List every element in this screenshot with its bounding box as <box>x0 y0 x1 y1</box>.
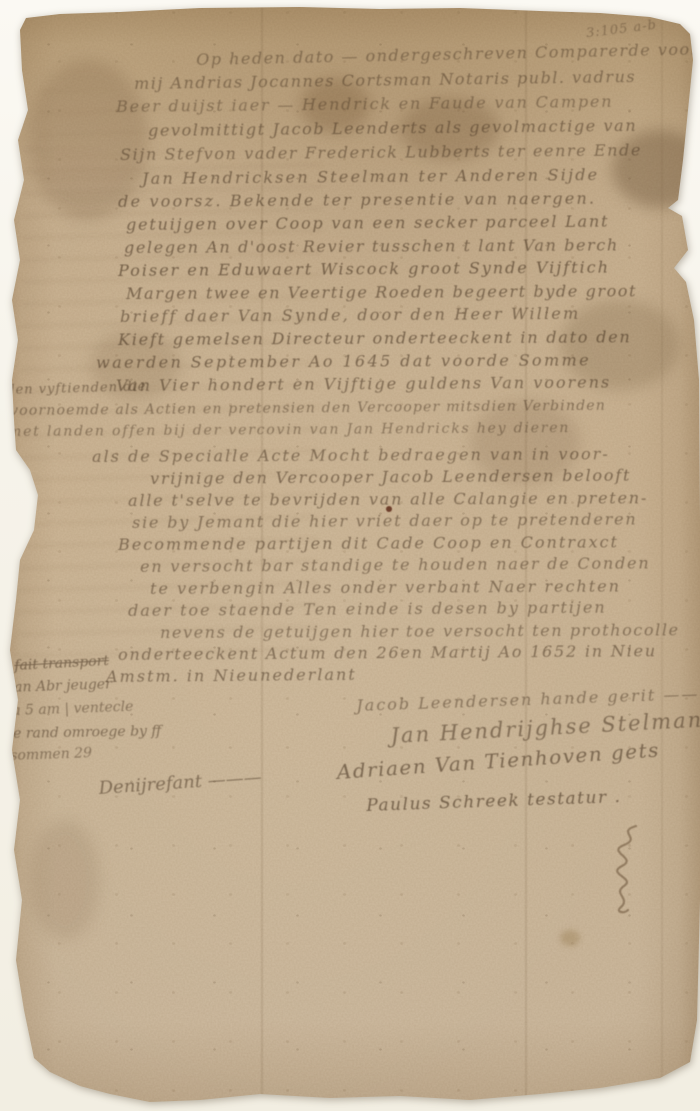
paper-shadow: 3:105 a-b Op heden dato — ondergeschreve… <box>0 0 700 1111</box>
manuscript-paper: 3:105 a-b Op heden dato — ondergeschreve… <box>0 0 700 1111</box>
scanned-document: 3:105 a-b Op heden dato — ondergeschreve… <box>0 0 700 1111</box>
paper-grain-texture <box>0 0 700 1111</box>
